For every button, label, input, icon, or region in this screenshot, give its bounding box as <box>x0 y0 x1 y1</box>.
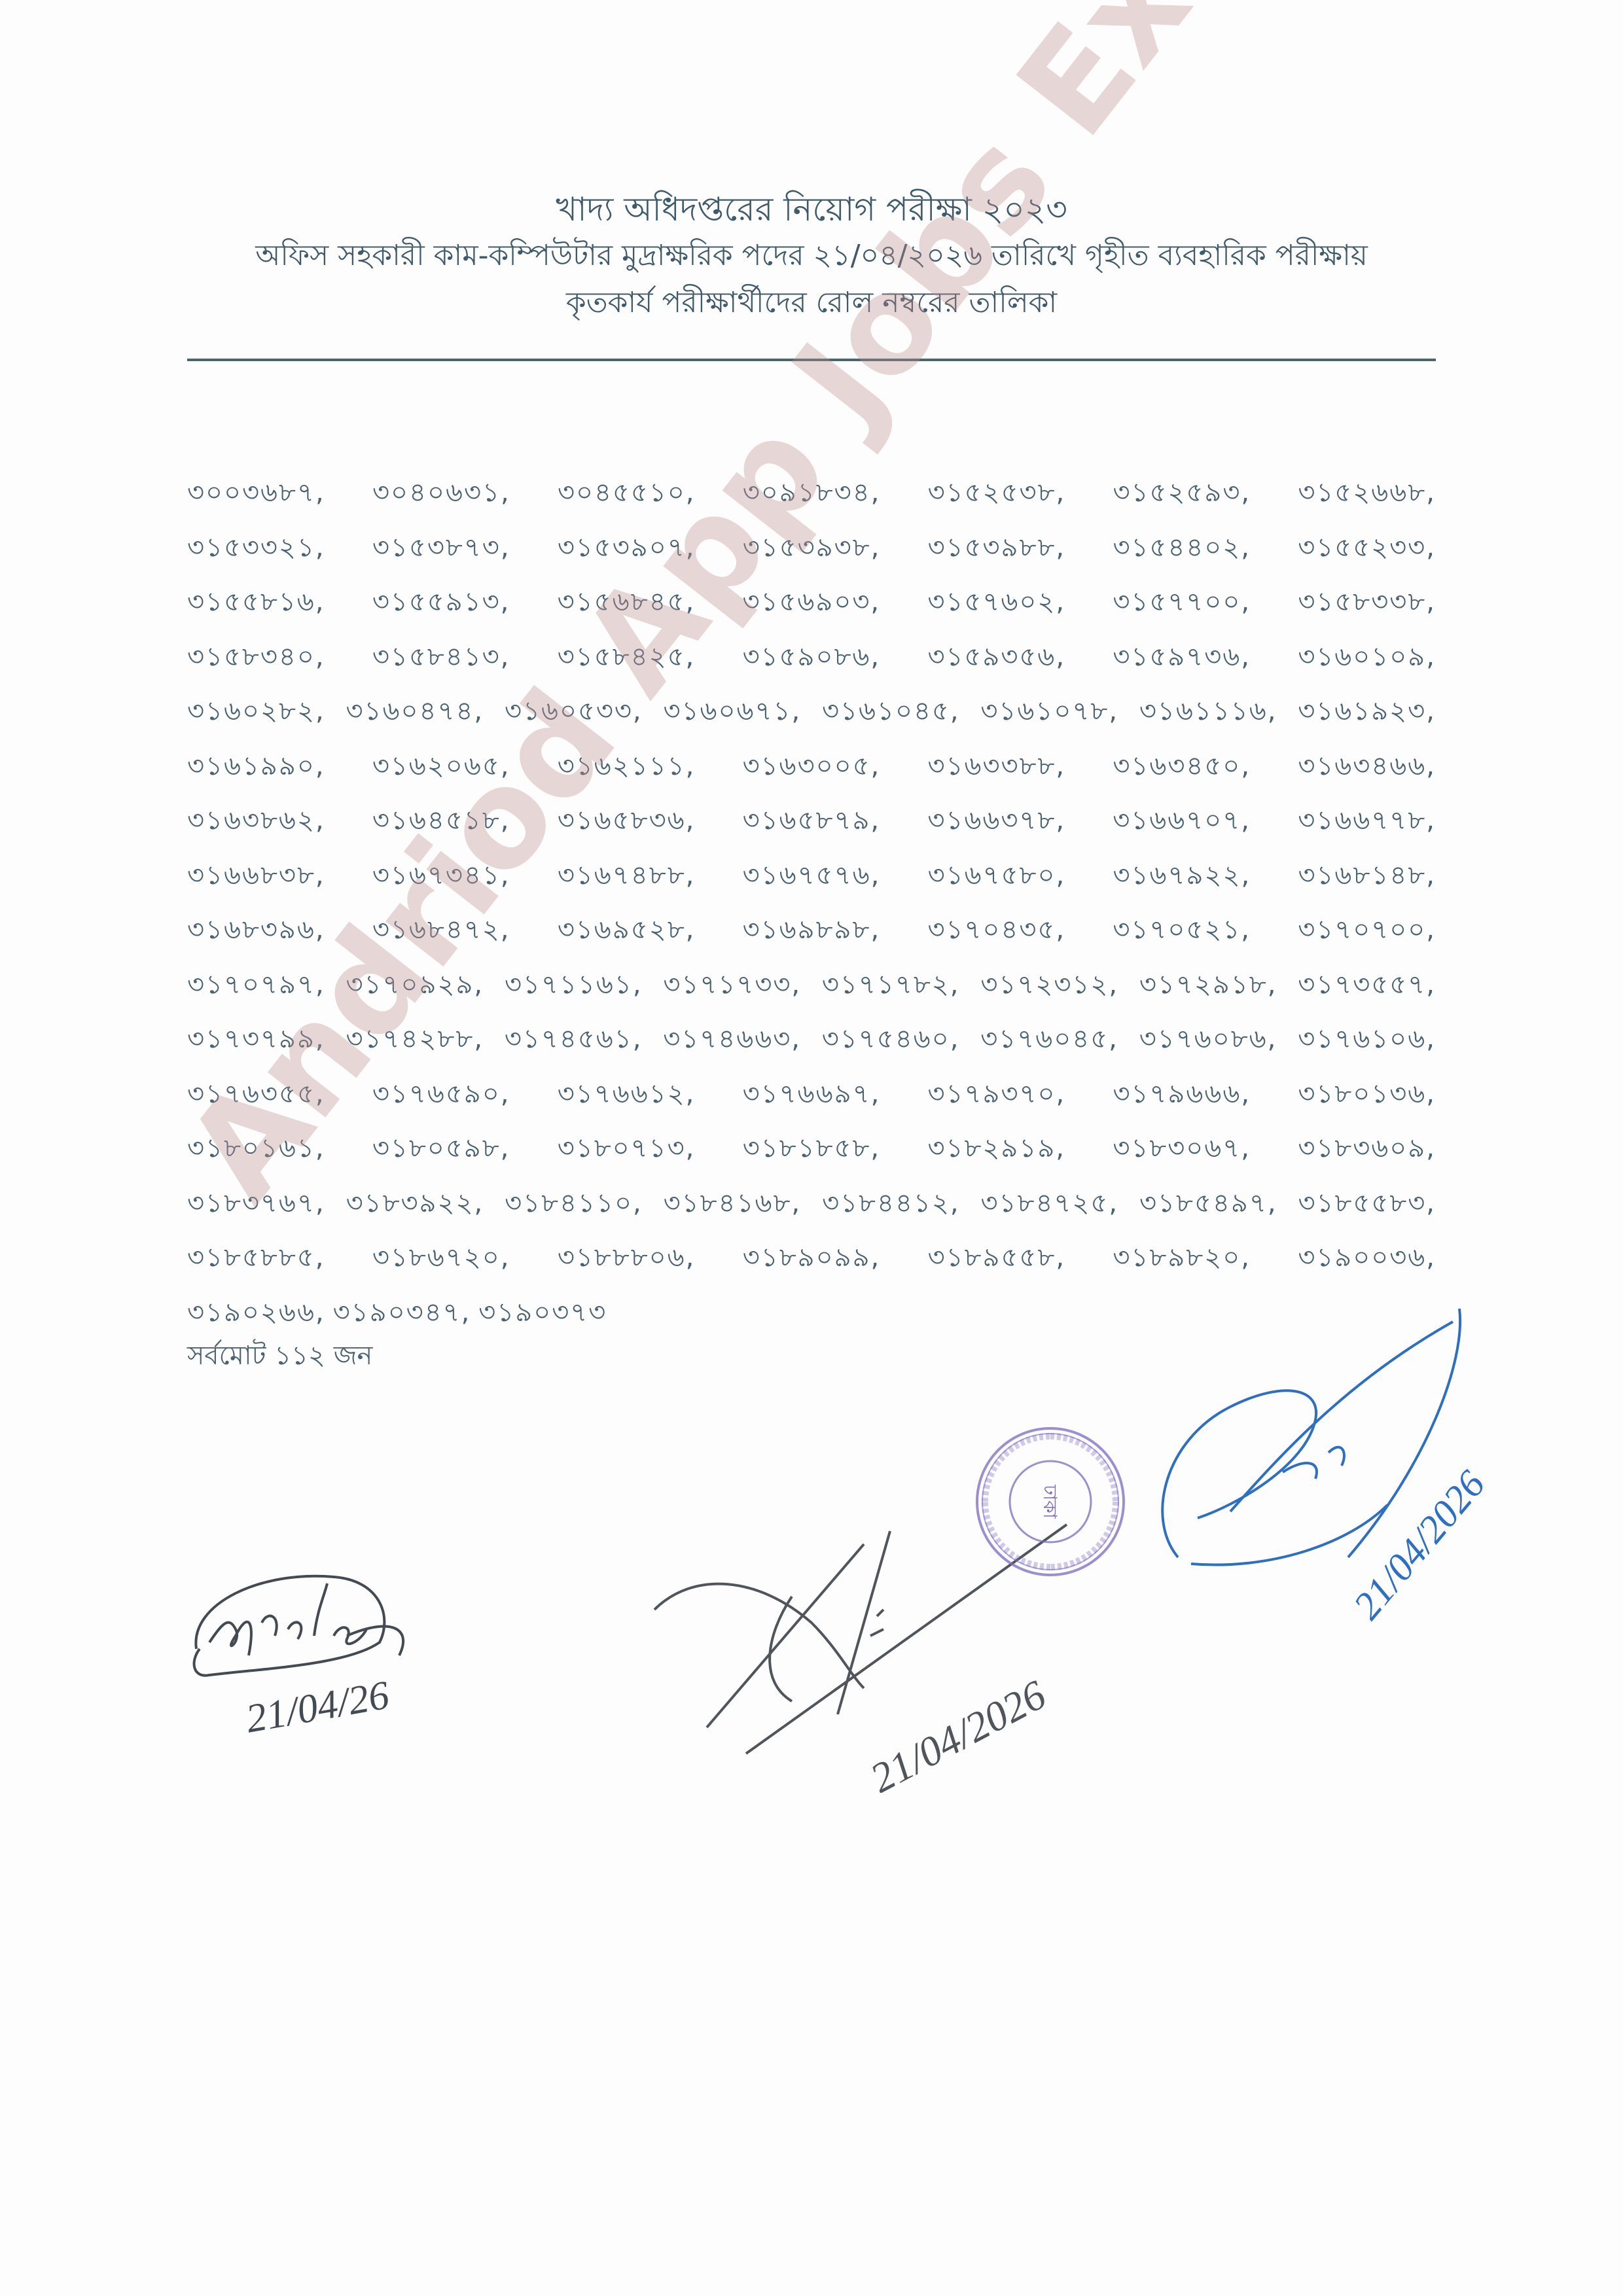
roll-row: ৩০০৩৬৮৭,৩০৪০৬৩১,৩০৪৫৫১০,৩০৯১৮৩৪,৩১৫২৫৩৮,… <box>187 466 1436 521</box>
roll-number: ৩১৫৭৭০০, <box>1113 575 1251 630</box>
roll-number: ৩১৫৮৪২৫, <box>558 630 696 685</box>
signature-1-date: 21/04/26 <box>243 1672 393 1740</box>
document-subtitle-line2: কৃতকার্য পরীক্ষার্থীদের রোল নম্বরের তালি… <box>187 279 1436 327</box>
roll-row: ৩১৬৮৩৯৬,৩১৬৮৪৭২,৩১৬৯৫২৮,৩১৬৯৮৯৮,৩১৭০৪৩৫,… <box>187 903 1436 958</box>
roll-number: ৩১৬৩০০৫, <box>743 739 881 794</box>
roll-row: ৩১৫৩৩২১,৩১৫৩৮৭৩,৩১৫৩৯০৭,৩১৫৩৯৩৮,৩১৫৩৯৮৮,… <box>187 521 1436 576</box>
total-count: সর্বমোট ১১২ জন <box>187 1335 372 1379</box>
roll-number: ৩১৬৮১৪৮, <box>1298 849 1436 904</box>
roll-number: ৩১৭৯৬৬৬, <box>1113 1067 1251 1122</box>
roll-number: ৩০৪০৬৩১, <box>372 466 510 521</box>
roll-number: ৩১৬০৬৭১, <box>664 684 802 739</box>
roll-number: ৩১৮৩৭৬৭, <box>187 1176 325 1231</box>
roll-number: ৩১৮৪৭২৫, <box>981 1176 1119 1231</box>
roll-number: ৩১৭০৫২১, <box>1113 903 1251 958</box>
roll-number: ৩১৬০২৮২, <box>187 684 325 739</box>
roll-number: ৩১৫২৫৯৩, <box>1113 466 1251 521</box>
roll-number: ৩১৭৪২৮৮, <box>346 1012 484 1067</box>
roll-number: ৩১৭৬১০৬, <box>1298 1012 1436 1067</box>
roll-number: ৩১৫৯৩৫৬, <box>927 630 1065 685</box>
roll-number: ৩১৭৬৬৯৭, <box>743 1067 881 1122</box>
signature-3-date: 21/04/2026 <box>1345 1462 1492 1623</box>
roll-number-list: ৩০০৩৬৮৭,৩০৪০৬৩১,৩০৪৫৫১০,৩০৯১৮৩৪,৩১৫২৫৩৮,… <box>187 466 1436 1340</box>
roll-number: ৩১৮১৮৫৮, <box>743 1122 880 1176</box>
signature-3: 21/04/2026 <box>1152 1282 1492 1623</box>
roll-number: ৩১৬৮৪৭২, <box>372 903 510 958</box>
roll-row: ৩১৬৩৮৬২,৩১৬৪৫১৮,৩১৬৫৮৩৬,৩১৬৫৮৭৯,৩১৬৬৩৭৮,… <box>187 794 1436 849</box>
roll-number: ৩১৮৩০৬৭, <box>1113 1122 1251 1176</box>
header-divider <box>187 359 1436 361</box>
roll-number: ৩১৬৬৩৭৮, <box>927 794 1065 849</box>
roll-number: ৩১৬৬৭৭৮, <box>1298 794 1436 849</box>
roll-number: ৩১৬৩৩৮৮, <box>928 739 1066 794</box>
roll-number: ৩১৮৪১৬৮, <box>664 1176 802 1231</box>
roll-number: ৩১৮৯৮২০, <box>1113 1231 1251 1286</box>
roll-number: ৩১৬৩৪৬৬, <box>1298 739 1436 794</box>
roll-row: ৩১৭০৭৯৭,৩১৭০৯২৯,৩১৭১১৬১,৩১৭১৭৩৩,৩১৭১৭৮২,… <box>187 958 1436 1013</box>
roll-number: ৩১৬০১০৯, <box>1298 630 1436 685</box>
roll-number: ৩১৫৩৩২১, <box>187 521 325 576</box>
roll-number: ৩১৮৫৪৯৭, <box>1139 1176 1277 1231</box>
roll-number: ৩১৬৭৯২২, <box>1113 849 1251 904</box>
roll-number: ৩১৫৭৬০২, <box>927 575 1065 630</box>
roll-number: ৩১৬১০৪৫, <box>822 684 960 739</box>
roll-number: ৩১৫৮৪১৩, <box>372 630 510 685</box>
roll-number: ৩১৮৪৪১২, <box>822 1176 960 1231</box>
signature-2-date: 21/04/2026 <box>863 1671 1053 1793</box>
roll-number: ৩১৬৮৩৯৬, <box>187 903 325 958</box>
roll-number: ৩১৭২৩১২, <box>980 958 1118 1013</box>
roll-number: ৩১৮৯০৯৯, <box>743 1231 881 1286</box>
roll-number: ৩১৫৫৮১৬, <box>187 575 325 630</box>
roll-number: ৩১৭০৪৩৫, <box>927 903 1065 958</box>
roll-number: ৩১৫৮৩৪০, <box>187 630 325 685</box>
roll-number: ৩১৭৩৭৯৯, <box>187 1012 325 1067</box>
roll-number: ৩১৬১১১৬, <box>1139 684 1277 739</box>
seal-center-text: ঢাকা <box>1039 1484 1061 1519</box>
roll-number: ৩১৭৫৪৬০, <box>822 1012 960 1067</box>
roll-row: ৩১৮৫৮৮৫,৩১৮৬৭২০,৩১৮৮৮০৬,৩১৮৯০৯৯,৩১৮৯৫৫৮,… <box>187 1231 1436 1286</box>
roll-number: ৩১৮৫৮৮৫, <box>187 1231 325 1286</box>
roll-number: ৩১৬০৫৩৩, <box>505 684 643 739</box>
roll-number: ৩১৭০৭৯৭, <box>187 958 325 1013</box>
roll-number: ৩১৭১১৬১, <box>505 958 643 1013</box>
roll-number: ৩১৬৭৪৮৮, <box>558 849 696 904</box>
roll-number: ৩১৬৩৪৫০, <box>1113 739 1251 794</box>
roll-number: ৩১৫৬৮৪৫, <box>558 575 696 630</box>
document-title: খাদ্য অধিদপ্তরের নিয়োগ পরীক্ষা ২০২৩ <box>187 186 1436 232</box>
roll-number: ৩১৯০০৩৬, <box>1298 1231 1436 1286</box>
roll-number: ৩০৪৫৫১০, <box>558 466 696 521</box>
roll-number: ৩১৬৭৫৭৬, <box>743 849 881 904</box>
roll-number: ৩১৫৩৯৩৮, <box>743 521 881 576</box>
roll-number: ৩১৬৪৫১৮, <box>372 794 510 849</box>
roll-row: ৩১৭৩৭৯৯,৩১৭৪২৮৮,৩১৭৪৫৬১,৩১৭৪৬৬৩,৩১৭৫৪৬০,… <box>187 1012 1436 1067</box>
official-seal-stamp: ঢাকা <box>969 1420 1132 1583</box>
roll-number: ৩০০৩৬৮৭, <box>187 466 325 521</box>
document-page: খাদ্য অধিদপ্তরের নিয়োগ পরীক্ষা ২০২৩ অফি… <box>0 0 1623 2296</box>
roll-number: ৩১৬৯৮৯৮, <box>743 903 881 958</box>
roll-number: ৩১৫৬৯০৩, <box>742 575 880 630</box>
roll-row: ৩১৬০২৮২,৩১৬০৪৭৪,৩১৬০৫৩৩,৩১৬০৬৭১,৩১৬১০৪৫,… <box>187 684 1436 739</box>
roll-number: ৩১৫৩৯০৭, <box>558 521 696 576</box>
roll-number: ৩১৮২৯১৯, <box>927 1122 1065 1176</box>
roll-number: ৩১৬১৯২৩, <box>1298 684 1436 739</box>
roll-number: ৩১৭১৭৩৩, <box>663 958 801 1013</box>
roll-number: ৩১৯০৩৭৩ <box>478 1286 607 1341</box>
roll-number: ৩১৬৫৮৭৯, <box>743 794 881 849</box>
roll-number: ৩১৭৬০৮৬, <box>1139 1012 1277 1067</box>
roll-number: ৩১৬৯৫২৮, <box>558 903 696 958</box>
roll-row: ৩১৫৮৩৪০,৩১৫৮৪১৩,৩১৫৮৪২৫,৩১৫৯০৮৬,৩১৫৯৩৫৬,… <box>187 630 1436 685</box>
roll-number: ৩১৬০৪৭৪, <box>346 684 484 739</box>
roll-number: ৩১৮০৫৯৮, <box>372 1122 510 1176</box>
roll-number: ৩১৭৬৩৫৫, <box>187 1067 325 1122</box>
roll-number: ৩১৭১৭৮২, <box>822 958 960 1013</box>
roll-row: ৩১৭৬৩৫৫,৩১৭৬৫৯০,৩১৭৬৬১২,৩১৭৬৬৯৭,৩১৭৯৩৭০,… <box>187 1067 1436 1122</box>
roll-number: ৩১৫৩৮৭৩, <box>372 521 510 576</box>
roll-number: ৩১৬৭৩৪১, <box>372 849 510 904</box>
roll-number: ৩১৭০৯২৯, <box>346 958 484 1013</box>
document-subtitle-line1: অফিস সহকারী কাম-কম্পিউটার মুদ্রাক্ষরিক প… <box>187 232 1436 279</box>
roll-number: ৩১৭৩৫৫৭, <box>1298 958 1436 1013</box>
roll-number: ৩১৬১০৭৮, <box>980 684 1118 739</box>
roll-number: ৩১৫৫৯১৩, <box>372 575 510 630</box>
roll-number: ৩১৫৪৪০২, <box>1113 521 1251 576</box>
roll-number: ৩১৭৬০৪৫, <box>980 1012 1118 1067</box>
roll-number: ৩১৭৬৫৯০, <box>372 1067 510 1122</box>
roll-number: ৩১৭৬৬১২, <box>558 1067 696 1122</box>
roll-number: ৩১৯০৩৪৭, <box>333 1286 471 1341</box>
signature-1: 21/04/26 <box>183 1544 550 1740</box>
roll-number: ৩১৬৬৮৩৮, <box>187 849 325 904</box>
document-header: খাদ্য অধিদপ্তরের নিয়োগ পরীক্ষা ২০২৩ অফি… <box>187 186 1436 327</box>
roll-number: ৩১৬২০৬৫, <box>372 739 510 794</box>
roll-number: ৩১৫৯৭৩৬, <box>1113 630 1251 685</box>
roll-number: ৩১৬১৯৯০, <box>187 739 325 794</box>
roll-number: ৩১৮০৭১৩, <box>558 1122 696 1176</box>
roll-number: ৩১৬৬৭০৭, <box>1113 794 1251 849</box>
roll-number: ৩১৫৯০৮৬, <box>743 630 881 685</box>
roll-number: ৩১৮৯৫৫৮, <box>928 1231 1065 1286</box>
roll-row: ৩১৮৩৭৬৭,৩১৮৩৯২২,৩১৮৪১১০,৩১৮৪১৬৮,৩১৮৪৪১২,… <box>187 1176 1436 1231</box>
roll-number: ৩০৯১৮৩৪, <box>743 466 881 521</box>
roll-number: ৩১৮০১৩৬, <box>1298 1067 1436 1122</box>
roll-number: ৩১৫৫২৩৩, <box>1298 521 1436 576</box>
roll-row: ৩১৮০১৬১,৩১৮০৫৯৮,৩১৮০৭১৩,৩১৮১৮৫৮,৩১৮২৯১৯,… <box>187 1122 1436 1176</box>
roll-number: ৩১৬৫৮৩৬, <box>558 794 696 849</box>
roll-number: ৩১৮৩৬০৯, <box>1298 1122 1436 1176</box>
roll-number: ৩১৭২৯১৮, <box>1139 958 1277 1013</box>
roll-number: ৩১৬৩৮৬২, <box>187 794 325 849</box>
roll-number: ৩১৬২১১১, <box>558 739 696 794</box>
roll-number: ৩১৭৯৩৭০, <box>928 1067 1066 1122</box>
roll-number: ৩১৫৮৩৩৮, <box>1298 575 1436 630</box>
roll-number: ৩১৮০১৬১, <box>187 1122 325 1176</box>
roll-number: ৩১৯০২৬৬, <box>187 1286 325 1341</box>
roll-number: ৩১৮৮৮০৬, <box>558 1231 696 1286</box>
roll-number: ৩১৭৪৬৬৩, <box>663 1012 801 1067</box>
roll-number: ৩১৭০৭০০, <box>1298 903 1436 958</box>
roll-number: ৩১৭৪৫৬১, <box>505 1012 643 1067</box>
roll-number: ৩১৮৫৫৮৩, <box>1298 1176 1436 1231</box>
roll-number: ৩১৫২৫৩৮, <box>928 466 1066 521</box>
roll-number: ৩১৬৭৫৮০, <box>928 849 1066 904</box>
roll-number: ৩১৮৩৯২২, <box>346 1176 484 1231</box>
roll-number: ৩১৫২৬৬৮, <box>1298 466 1436 521</box>
roll-row: ৩১৬৬৮৩৮,৩১৬৭৩৪১,৩১৬৭৪৮৮,৩১৬৭৫৭৬,৩১৬৭৫৮০,… <box>187 849 1436 904</box>
roll-number: ৩১৮৪১১০, <box>505 1176 643 1231</box>
roll-row: ৩১৬১৯৯০,৩১৬২০৬৫,৩১৬২১১১,৩১৬৩০০৫,৩১৬৩৩৮৮,… <box>187 739 1436 794</box>
roll-row: ৩১৫৫৮১৬,৩১৫৫৯১৩,৩১৫৬৮৪৫,৩১৫৬৯০৩,৩১৫৭৬০২,… <box>187 575 1436 630</box>
roll-number: ৩১৫৩৯৮৮, <box>928 521 1066 576</box>
roll-number: ৩১৮৬৭২০, <box>372 1231 510 1286</box>
